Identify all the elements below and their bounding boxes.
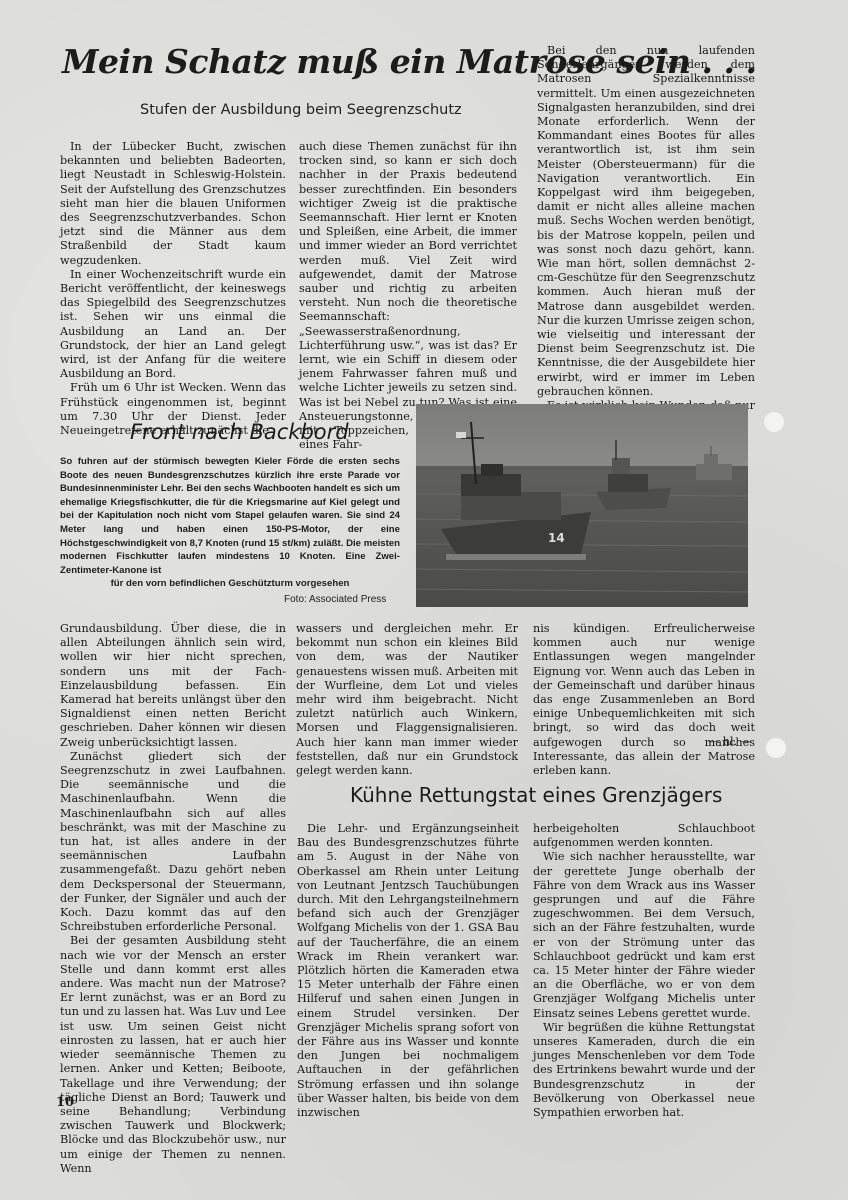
paragraph: Bei der gesamten Ausbildung steht nach w…: [60, 934, 286, 1175]
paragraph: Wie sich nachher herausstellte, war der …: [533, 850, 755, 1020]
article1-column-3: Bei den nun laufenden Sonderlehrgängen w…: [537, 44, 755, 427]
article-headline: Mein Schatz muß ein Matrose sein . . .: [62, 42, 532, 81]
author-signature: — hl. —: [708, 735, 752, 749]
hull-number: 14: [548, 531, 565, 545]
article1-continuation-column-3: nis kündigen. Erfreulicherweise kommen a…: [533, 622, 755, 778]
paragraph: Grundausbildung. Über diese, die in alle…: [60, 622, 286, 750]
paragraph: Bei den nun laufenden Sonderlehrgängen w…: [537, 44, 755, 399]
paragraph: In einer Wochenzeitschrift wurde ein Ber…: [60, 268, 286, 382]
punch-hole-mark: [766, 738, 786, 758]
photo-credit: Foto: Associated Press: [284, 594, 386, 605]
caption-text: So fuhren auf der stürmisch bewegten Kie…: [60, 456, 400, 576]
paragraph: Zunächst gliedert sich der Seegrenzschut…: [60, 750, 286, 935]
article2-headline: Kühne Rettungstat eines Grenzjägers: [350, 783, 722, 807]
paragraph: Wir begrüßen die kühne Rettungstat unser…: [533, 1021, 755, 1120]
newspaper-page: Mein Schatz muß ein Matrose sein . . . S…: [0, 0, 848, 1200]
article1-continuation-column-2: wassers und dergleichen mehr. Er bekommt…: [296, 622, 518, 778]
punch-hole-mark: [764, 412, 784, 432]
paragraph: wassers und dergleichen mehr. Er bekommt…: [296, 622, 518, 778]
article2-column-1: Die Lehr- und Ergänzungseinheit Bau des …: [297, 822, 519, 1120]
paragraph: Die Lehr- und Ergänzungseinheit Bau des …: [297, 822, 519, 1120]
article1-column-1: In der Lübecker Bucht, zwischen bekannte…: [60, 140, 286, 438]
article-subtitle: Stufen der Ausbildung beim Seegrenzschut…: [140, 102, 462, 118]
paragraph: In der Lübecker Bucht, zwischen bekannte…: [60, 140, 286, 268]
page-number: 10: [56, 1095, 74, 1110]
article2-column-2: herbeigeholten Schlauchboot aufgenommen …: [533, 822, 755, 1120]
boats-photo-illustration: 14: [416, 404, 748, 607]
article1-continuation-column-1: Grundausbildung. Über diese, die in alle…: [60, 622, 286, 1176]
photo-patrol-boats: 14: [416, 404, 748, 607]
photo-caption: So fuhren auf der stürmisch bewegten Kie…: [60, 455, 400, 591]
paragraph: nis kündigen. Erfreulicherweise kommen a…: [533, 622, 755, 778]
caption-text-last-line: für den vorn befindlichen Geschützturm v…: [60, 577, 400, 591]
paragraph: herbeigeholten Schlauchboot aufgenommen …: [533, 822, 755, 850]
photo-feature-title: Front nach Backbord: [130, 420, 349, 444]
